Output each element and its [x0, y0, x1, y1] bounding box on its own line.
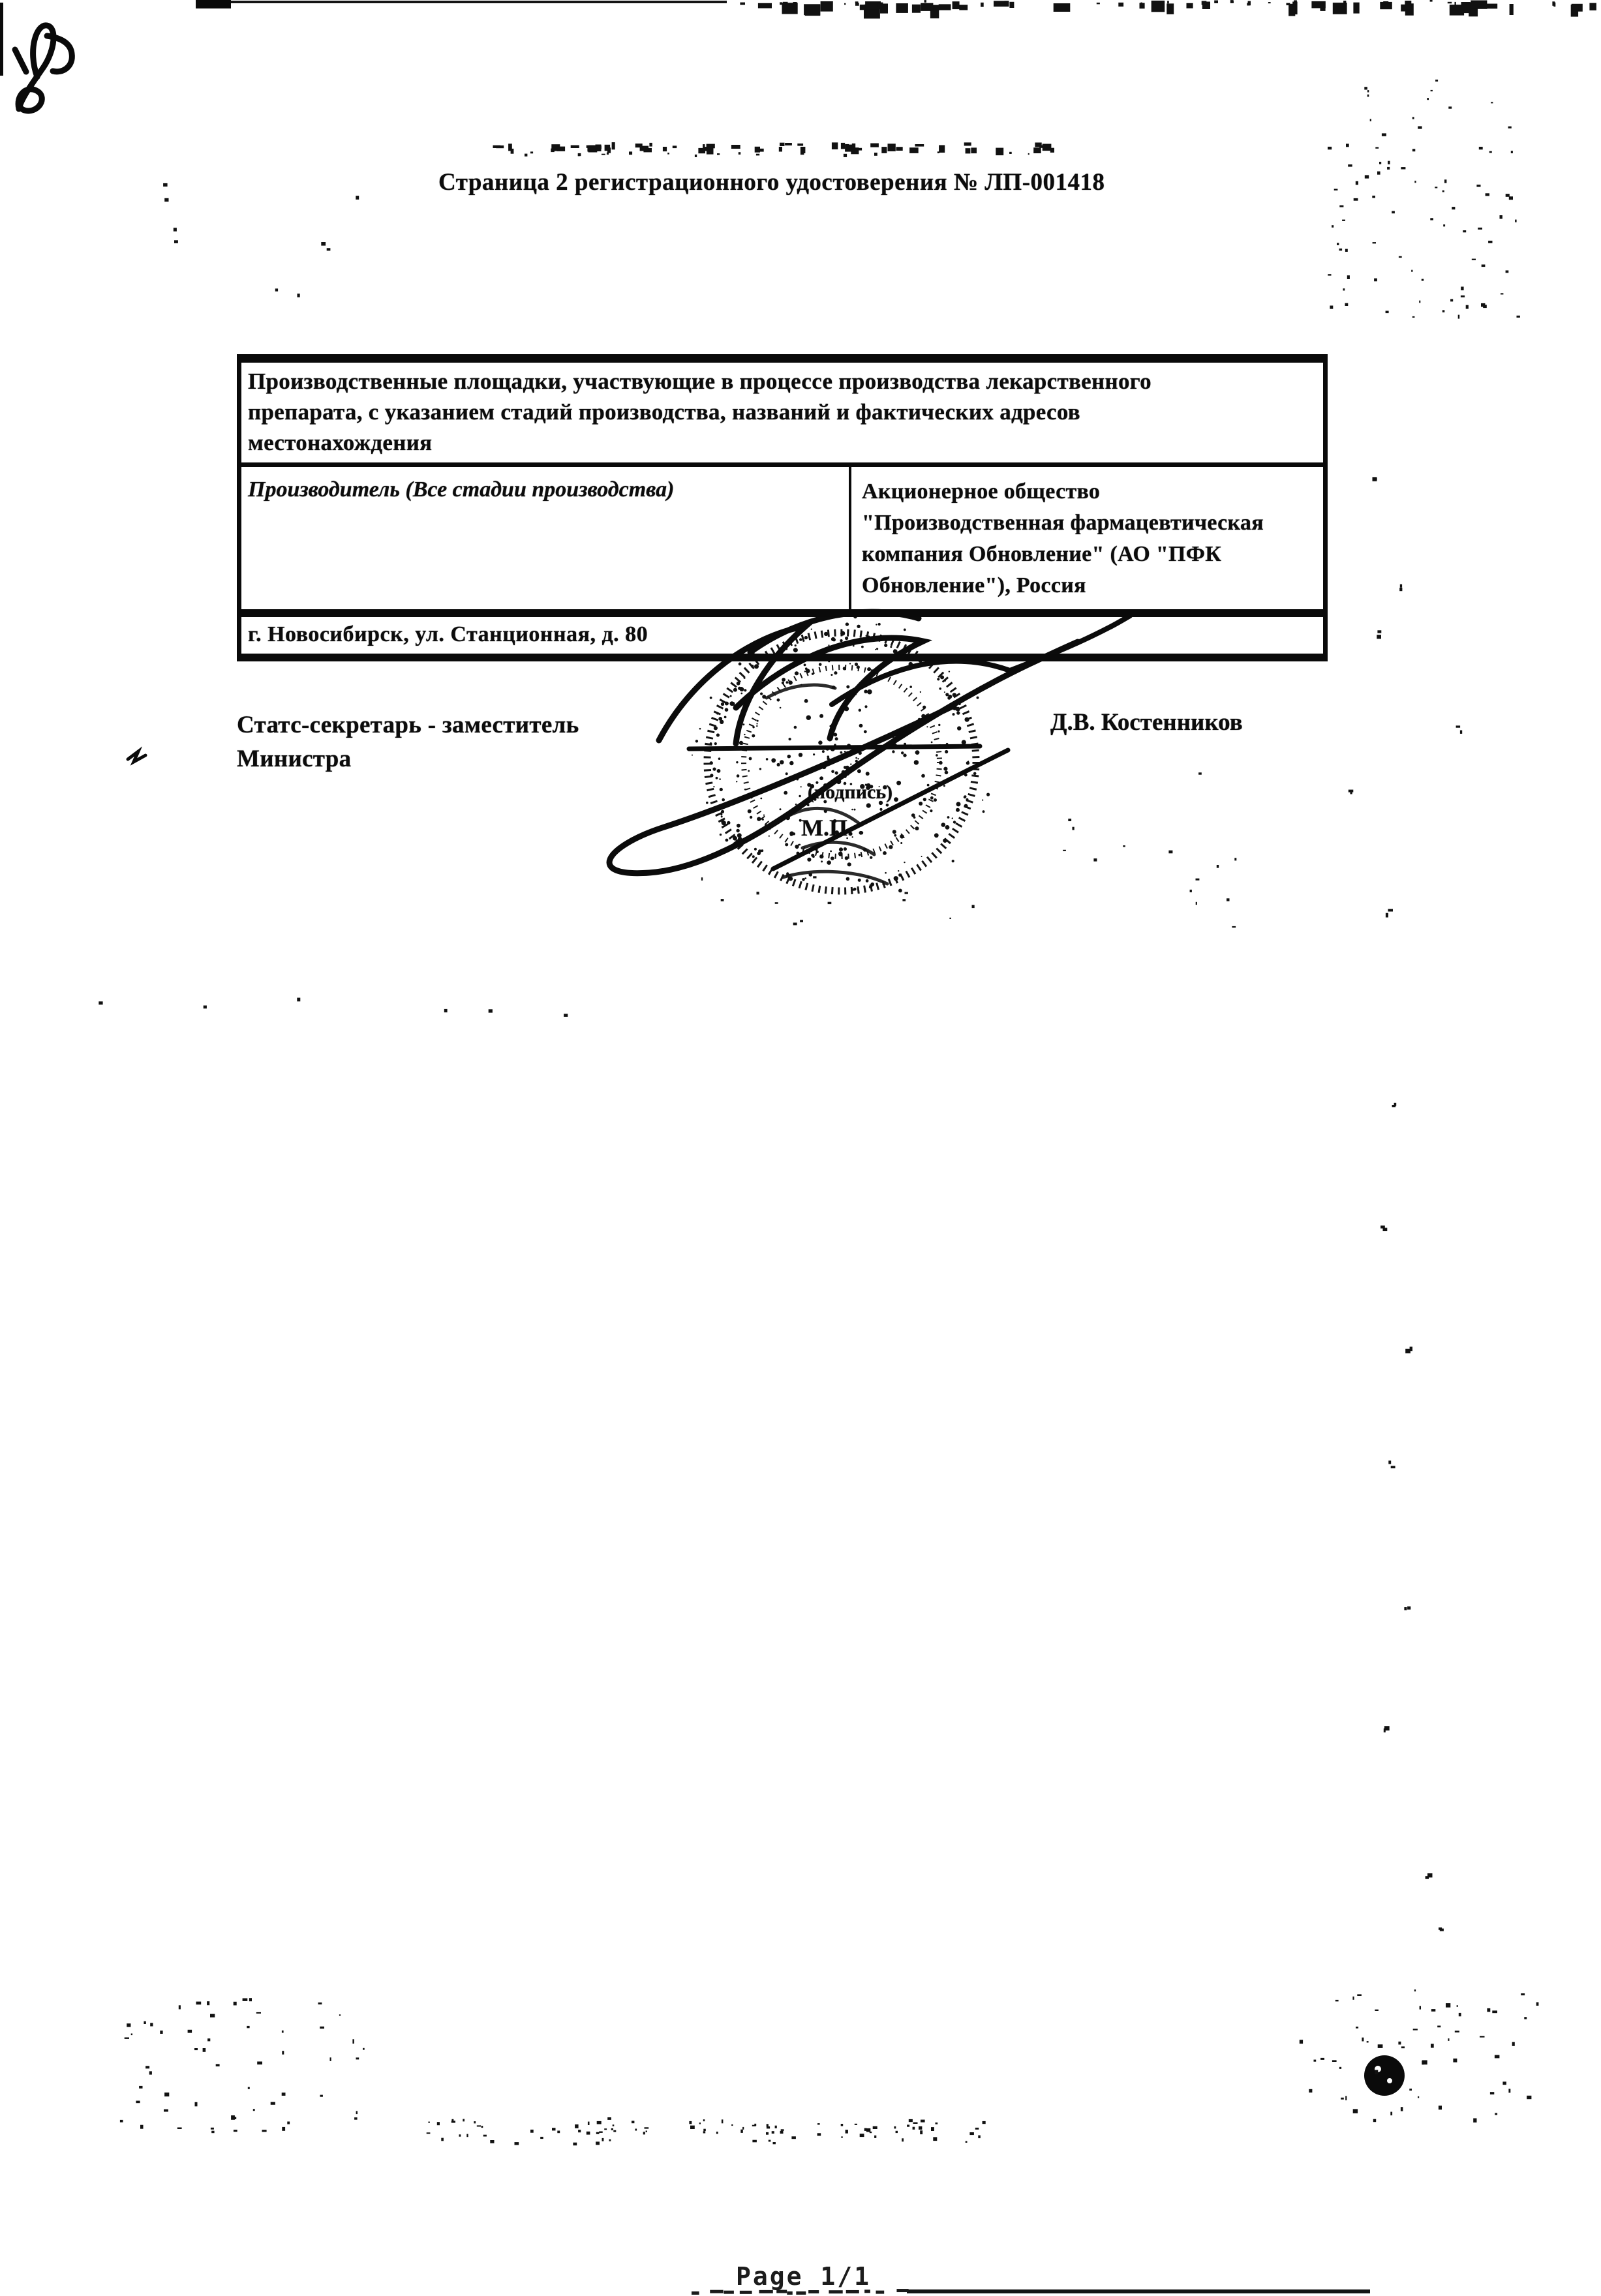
seal-caption: М.П.: [801, 814, 892, 841]
signer-name: Д.В. Костенников: [1050, 708, 1324, 736]
scan-decor-layer: [0, 0, 1601, 2296]
producer-label-cell: Производитель (Все стадии производства): [241, 467, 851, 609]
page-header-line: Страница 2 регистрационного удостоверени…: [438, 168, 1169, 196]
scanned-document-page: Страница 2 регистрационного удостоверени…: [0, 0, 1601, 2296]
page-footer: Page 1/1: [736, 2262, 871, 2291]
signer-title: Статс-секретарь - заместитель Министра: [237, 708, 654, 776]
top-edge-line: [0, 0, 727, 76]
table-header-cell: Производственные площадки, участвующие в…: [241, 363, 1323, 467]
address-cell: г. Новосибирск, ул. Станционная, д. 80: [241, 617, 1323, 654]
stray-pen-mark: [128, 751, 145, 762]
producer-row: Производитель (Все стадии производства) …: [241, 467, 1323, 617]
signature-caption: (подпись): [782, 781, 919, 804]
handwritten-initials: [15, 25, 72, 111]
scan-noise: [99, 0, 1596, 2145]
producer-value-cell: Акционерное общество "Производственная ф…: [851, 467, 1323, 609]
production-table: Производственные площадки, участвующие в…: [237, 354, 1328, 661]
ink-dot: [1364, 2055, 1405, 2096]
